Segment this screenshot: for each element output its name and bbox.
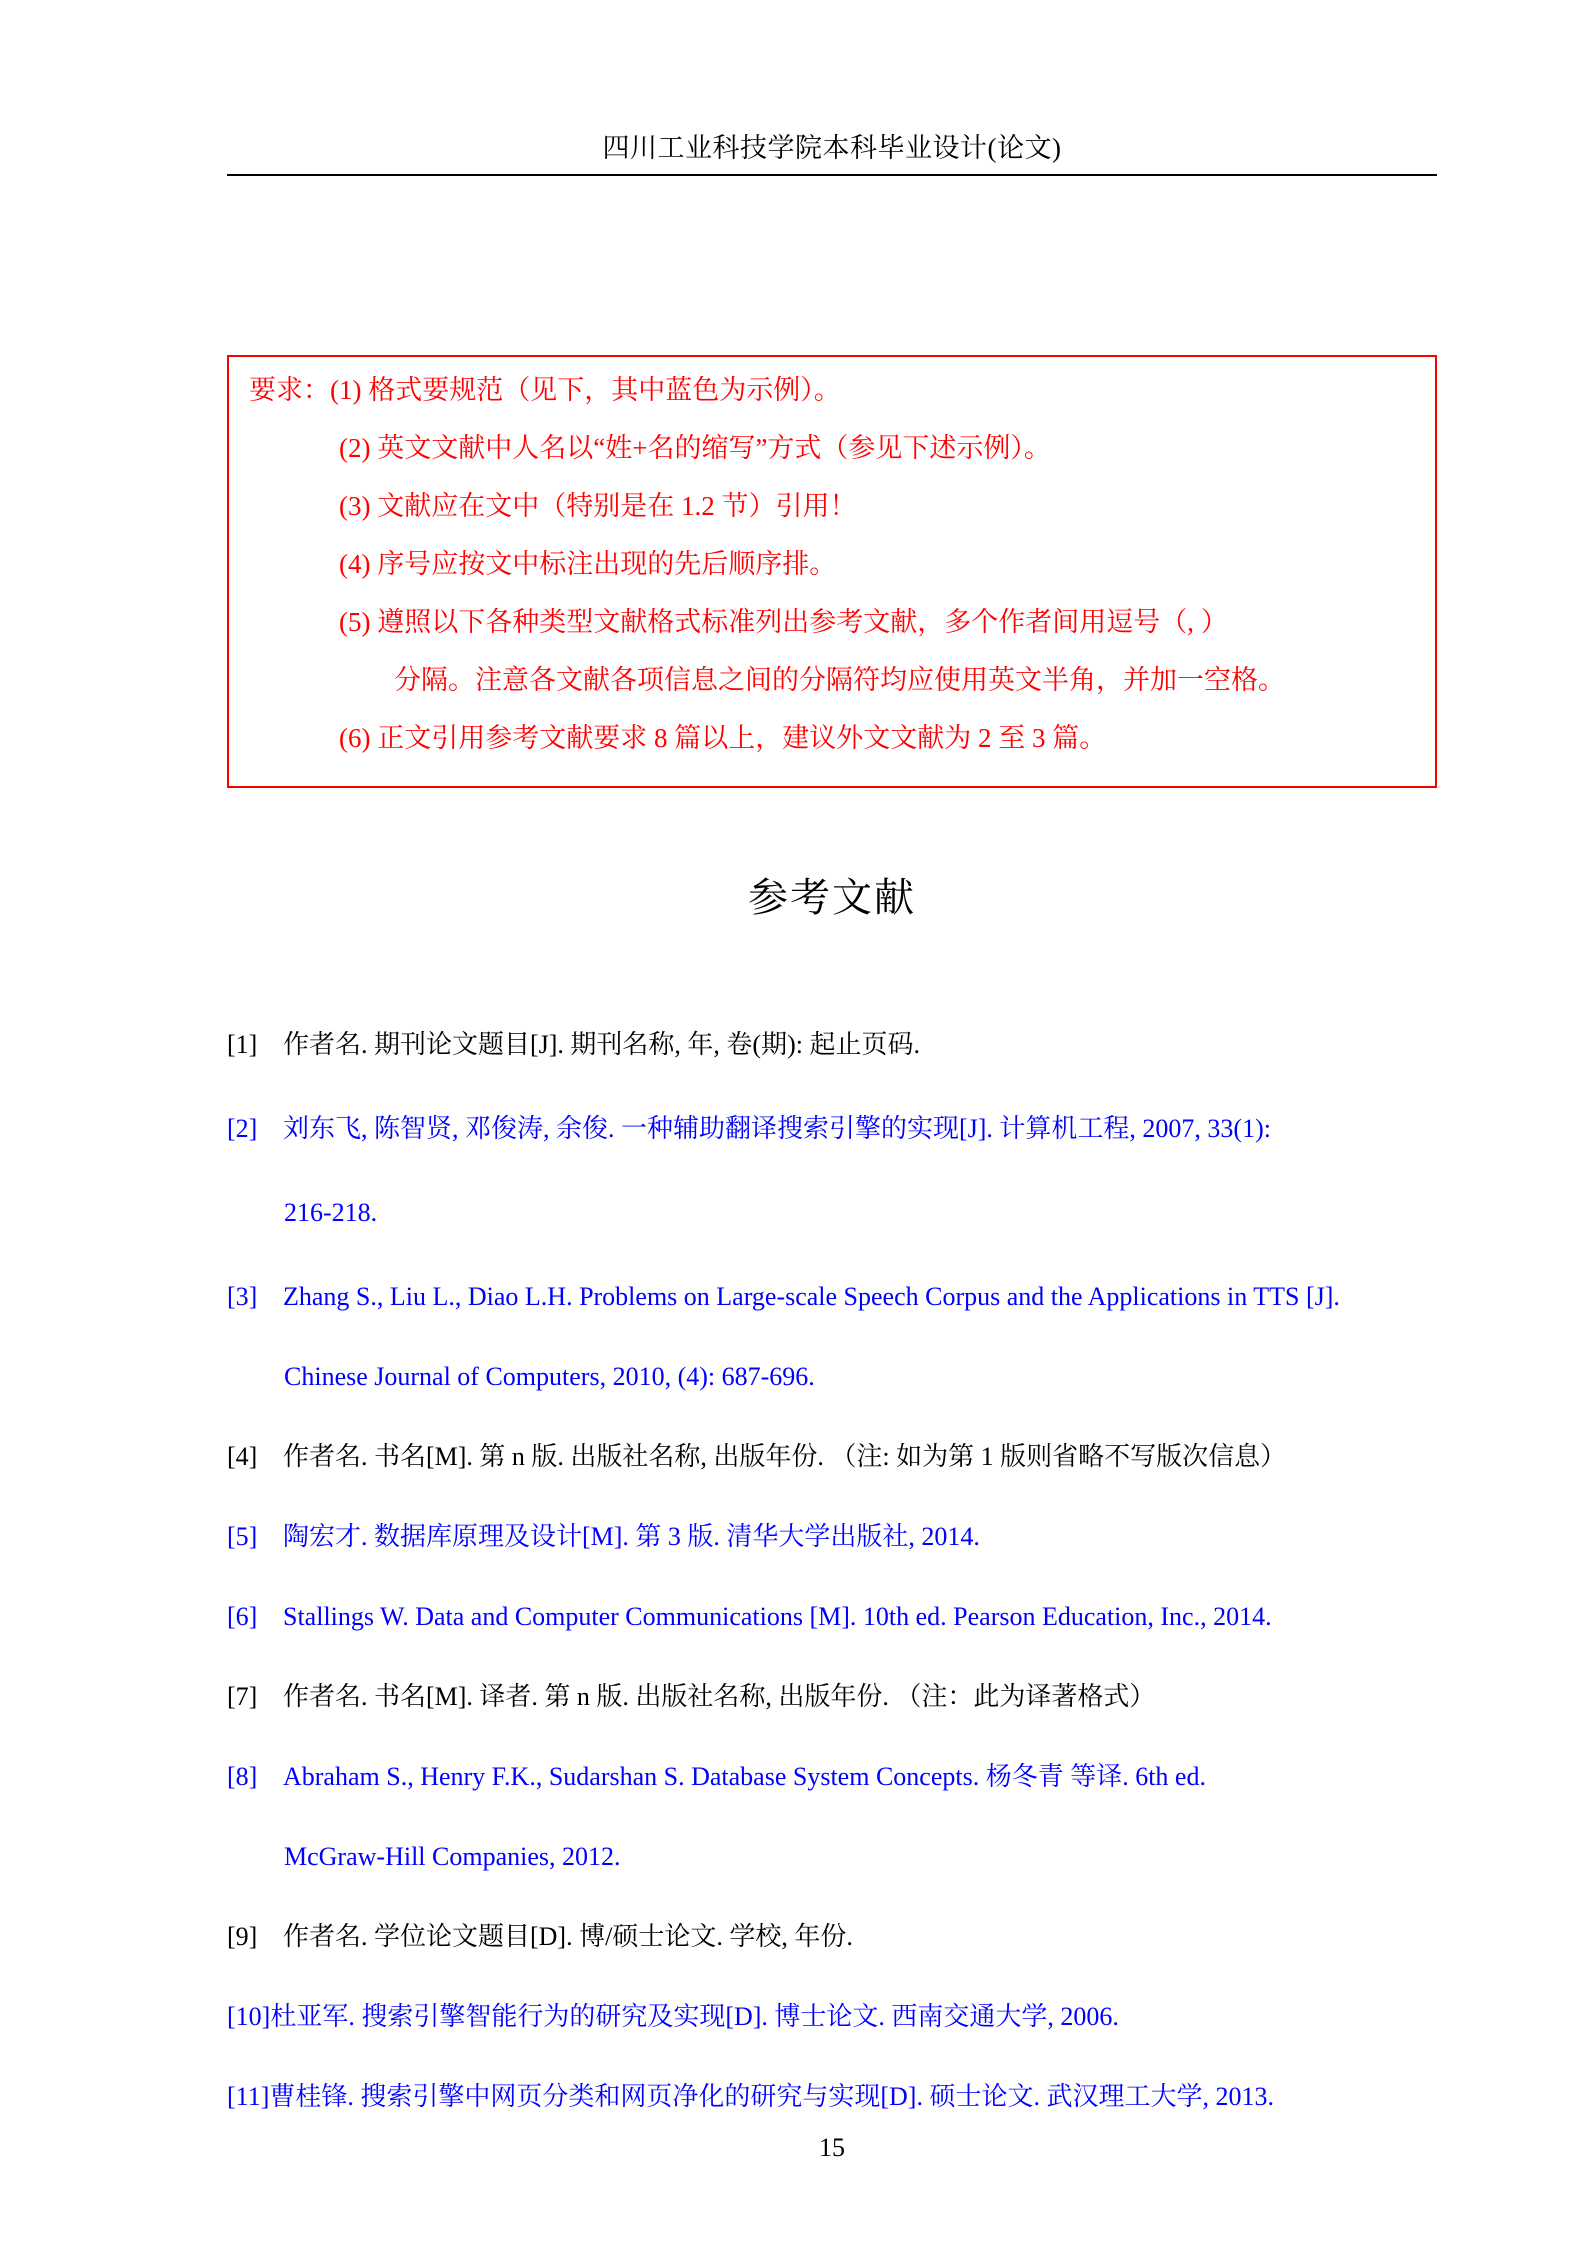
reference-number: [8] xyxy=(227,1760,283,1794)
requirement-text: 正文引用参考文献要求 8 篇以上，建议外文文献为 2 至 3 篇。 xyxy=(377,723,1106,753)
requirement-num: (5) xyxy=(339,607,370,637)
reference-entry-8: [8]Abraham S., Henry F.K., Sudarshan S. … xyxy=(227,1760,1437,1794)
reference-number: [10] xyxy=(227,2000,270,2034)
reference-entry-11: [11]曹桂锋. 搜索引擎中网页分类和网页净化的研究与实现[D]. 硕士论文. … xyxy=(227,2080,1437,2114)
reference-entry-2-continued: 216-218. xyxy=(284,1196,377,1230)
header-divider xyxy=(227,174,1437,176)
reference-entry-9: [9]作者名. 学位论文题目[D]. 博/硕士论文. 学校, 年份. xyxy=(227,1920,1437,1954)
reference-number: [1] xyxy=(227,1028,283,1062)
reference-number: [2] xyxy=(227,1112,283,1146)
reference-text: 曹桂锋. 搜索引擎中网页分类和网页净化的研究与实现[D]. 硕士论文. 武汉理工… xyxy=(269,2082,1274,2111)
requirement-item-3: (3) 文献应在文中（特别是在 1.2 节）引用！ xyxy=(339,489,856,523)
reference-entry-5: [5]陶宏才. 数据库原理及设计[M]. 第 3 版. 清华大学出版社, 201… xyxy=(227,1520,1437,1554)
reference-entry-3-continued: Chinese Journal of Computers, 2010, (4):… xyxy=(284,1360,815,1394)
reference-text: Stallings W. Data and Computer Communica… xyxy=(283,1602,1272,1631)
requirement-text: 文献应在文中（特别是在 1.2 节）引用！ xyxy=(377,491,856,521)
running-header: 四川工业科技学院本科毕业设计(论文) xyxy=(227,130,1437,166)
reference-number: [5] xyxy=(227,1520,283,1554)
reference-entry-2: [2]刘东飞, 陈智贤, 邓俊涛, 余俊. 一种辅助翻译搜索引擎的实现[J]. … xyxy=(227,1112,1437,1146)
requirement-item-6: (6) 正文引用参考文献要求 8 篇以上，建议外文文献为 2 至 3 篇。 xyxy=(339,721,1106,755)
reference-text: 作者名. 书名[M]. 第 n 版. 出版社名称, 出版年份. （注: 如为第 … xyxy=(283,1442,1286,1471)
reference-entry-10: [10]杜亚军. 搜索引擎智能行为的研究及实现[D]. 博士论文. 西南交通大学… xyxy=(227,2000,1437,2034)
reference-text: 陶宏才. 数据库原理及设计[M]. 第 3 版. 清华大学出版社, 2014. xyxy=(283,1522,980,1551)
reference-number: [3] xyxy=(227,1280,283,1314)
requirement-item-1: 要求：(1) 格式要规范（见下，其中蓝色为示例）。 xyxy=(249,373,841,407)
requirement-num: (2) xyxy=(339,433,370,463)
reference-entry-6: [6]Stallings W. Data and Computer Commun… xyxy=(227,1600,1437,1634)
reference-text: 作者名. 期刊论文题目[J]. 期刊名称, 年, 卷(期): 起止页码. xyxy=(283,1030,920,1059)
requirement-num: (1) xyxy=(330,375,361,405)
reference-entry-4: [4]作者名. 书名[M]. 第 n 版. 出版社名称, 出版年份. （注: 如… xyxy=(227,1440,1437,1474)
requirement-item-2: (2) 英文文献中人名以“姓+名的缩写”方式（参见下述示例）。 xyxy=(339,431,1051,465)
reference-number: [6] xyxy=(227,1600,283,1634)
requirement-item-5: (5) 遵照以下各种类型文献格式标准列出参考文献，多个作者间用逗号（, ） xyxy=(339,605,1228,639)
requirement-text: 格式要规范（见下，其中蓝色为示例）。 xyxy=(368,375,841,405)
reference-text: 刘东飞, 陈智贤, 邓俊涛, 余俊. 一种辅助翻译搜索引擎的实现[J]. 计算机… xyxy=(283,1114,1271,1143)
reference-entry-3: [3]Zhang S., Liu L., Diao L.H. Problems … xyxy=(227,1280,1437,1314)
reference-number: [11] xyxy=(227,2080,269,2114)
requirements-label: 要求： xyxy=(249,373,330,407)
page-number: 15 xyxy=(227,2132,1437,2164)
requirement-num: (4) xyxy=(339,549,370,579)
reference-number: [9] xyxy=(227,1920,283,1954)
requirement-text: 英文文献中人名以“姓+名的缩写”方式（参见下述示例）。 xyxy=(377,433,1051,463)
requirement-item-4: (4) 序号应按文中标注出现的先后顺序排。 xyxy=(339,547,836,581)
requirements-box: 要求：(1) 格式要规范（见下，其中蓝色为示例）。 (2) 英文文献中人名以“姓… xyxy=(227,355,1437,788)
reference-number: [4] xyxy=(227,1440,283,1474)
reference-entry-7: [7]作者名. 书名[M]. 译者. 第 n 版. 出版社名称, 出版年份. （… xyxy=(227,1680,1437,1714)
requirement-text: 序号应按文中标注出现的先后顺序排。 xyxy=(377,549,836,579)
reference-text: 作者名. 书名[M]. 译者. 第 n 版. 出版社名称, 出版年份. （注：此… xyxy=(283,1682,1155,1711)
requirement-item-5-continued: 分隔。注意各文献各项信息之间的分隔符均应使用英文半角，并加一空格。 xyxy=(394,663,1285,697)
reference-text: Zhang S., Liu L., Diao L.H. Problems on … xyxy=(283,1282,1340,1311)
reference-text: 作者名. 学位论文题目[D]. 博/硕士论文. 学校, 年份. xyxy=(283,1922,853,1951)
reference-entry-1: [1]作者名. 期刊论文题目[J]. 期刊名称, 年, 卷(期): 起止页码. xyxy=(227,1028,1437,1062)
requirement-num: (3) xyxy=(339,491,370,521)
requirement-text: 遵照以下各种类型文献格式标准列出参考文献，多个作者间用逗号（, ） xyxy=(377,607,1228,637)
references-heading: 参考文献 xyxy=(227,874,1437,922)
reference-entry-8-continued: McGraw-Hill Companies, 2012. xyxy=(284,1840,621,1874)
requirement-text: 分隔。注意各文献各项信息之间的分隔符均应使用英文半角，并加一空格。 xyxy=(394,665,1285,695)
reference-text: 杜亚军. 搜索引擎智能行为的研究及实现[D]. 博士论文. 西南交通大学, 20… xyxy=(270,2002,1119,2031)
reference-text: Abraham S., Henry F.K., Sudarshan S. Dat… xyxy=(283,1762,1206,1791)
requirement-num: (6) xyxy=(339,723,370,753)
reference-number: [7] xyxy=(227,1680,283,1714)
